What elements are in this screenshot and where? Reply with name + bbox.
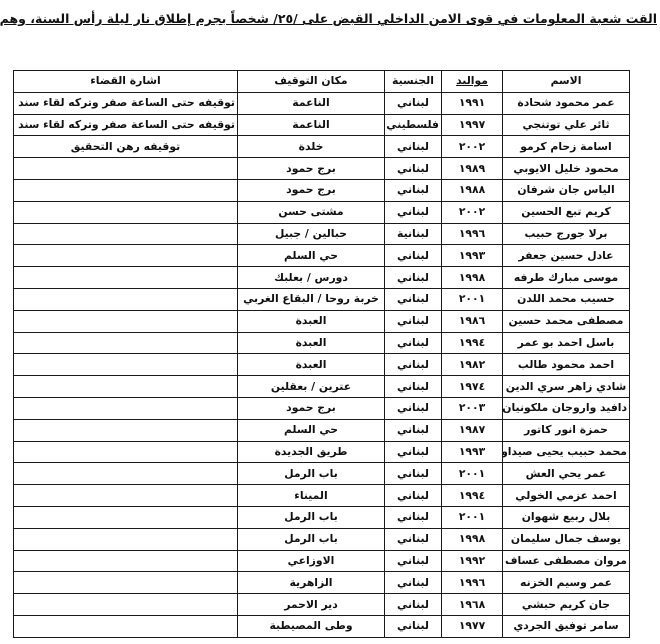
cell-judicial-reference bbox=[14, 288, 238, 310]
cell-judicial-reference: توقيفه حتى الساعة صفر وتركه لقاء سند اقا… bbox=[14, 114, 238, 136]
table-row: دافيد واروجان ملكونيان ٢٠٠٣ لبناني برج ح… bbox=[14, 397, 630, 419]
cell-judicial-reference bbox=[14, 485, 238, 507]
cell-judicial-reference bbox=[14, 594, 238, 616]
cell-nationality: لبناني bbox=[385, 310, 442, 332]
cell-arrest-location: الميناء bbox=[238, 485, 385, 507]
cell-birth-year: ١٩٨٢ bbox=[442, 354, 503, 376]
table-row: حمزة انور كاتور ١٩٨٧ لبناني حي السلم bbox=[14, 419, 630, 441]
cell-arrest-location: باب الرمل bbox=[238, 528, 385, 550]
header-nationality: الجنسية bbox=[385, 71, 442, 93]
header-arrest-location: مكان التوقيف bbox=[238, 71, 385, 93]
cell-name: جان كريم حبشي bbox=[503, 594, 630, 616]
cell-judicial-reference bbox=[14, 419, 238, 441]
cell-judicial-reference bbox=[14, 223, 238, 245]
cell-arrest-location: برج حمود bbox=[238, 179, 385, 201]
cell-arrest-location: الزاهرية bbox=[238, 572, 385, 594]
cell-judicial-reference bbox=[14, 179, 238, 201]
table-row: سامر توفيق الجردي ١٩٧٧ لبناني وطى المصيط… bbox=[14, 615, 630, 637]
cell-nationality: لبناني bbox=[385, 506, 442, 528]
document-title: القت شعبة المعلومات في قوى الامن الداخلي… bbox=[60, 11, 657, 26]
cell-arrest-location: دورس / بعلبك bbox=[238, 267, 385, 289]
cell-arrest-location: خلدة bbox=[238, 136, 385, 158]
cell-nationality: لبناني bbox=[385, 158, 442, 180]
cell-arrest-location: العبدة bbox=[238, 354, 385, 376]
table-row: مصطفى محمد حسين ١٩٨٦ لبناني العبدة bbox=[14, 310, 630, 332]
table-row: حسيب محمد اللدن ٢٠٠١ لبناني خربة روحا / … bbox=[14, 288, 630, 310]
cell-name: احمد محمود طالب bbox=[503, 354, 630, 376]
cell-arrest-location: الناعمة bbox=[238, 92, 385, 114]
table-row: ثائر علي توتنجي ١٩٩٧ فلسطيني الناعمة توق… bbox=[14, 114, 630, 136]
cell-nationality: لبناني bbox=[385, 615, 442, 637]
table-row: محمود خليل الايوبي ١٩٨٩ لبناني برج حمود bbox=[14, 158, 630, 180]
document-page: القت شعبة المعلومات في قوى الامن الداخلي… bbox=[0, 0, 660, 644]
table-row: عادل حسين جعفر ١٩٩٣ لبناني حي السلم bbox=[14, 245, 630, 267]
table-row: عمر محمود شحادة ١٩٩١ لبناني الناعمة توقي… bbox=[14, 92, 630, 114]
cell-name: حسيب محمد اللدن bbox=[503, 288, 630, 310]
cell-birth-year: ١٩٩٣ bbox=[442, 245, 503, 267]
cell-birth-year: ٢٠٠١ bbox=[442, 463, 503, 485]
cell-judicial-reference bbox=[14, 550, 238, 572]
cell-birth-year: ٢٠٠٢ bbox=[442, 201, 503, 223]
cell-name: محمود خليل الايوبي bbox=[503, 158, 630, 180]
cell-judicial-reference bbox=[14, 376, 238, 398]
cell-nationality: لبناني bbox=[385, 419, 442, 441]
cell-birth-year: ١٩٩١ bbox=[442, 92, 503, 114]
cell-nationality: لبناني bbox=[385, 463, 442, 485]
cell-name: ثائر علي توتنجي bbox=[503, 114, 630, 136]
table-row: مروان مصطفى عساف ١٩٩٢ لبناني الاوزاعي bbox=[14, 550, 630, 572]
cell-nationality: لبناني bbox=[385, 179, 442, 201]
cell-nationality: لبناني bbox=[385, 267, 442, 289]
table-row: اسامة زحام كرمو ٢٠٠٢ لبناني خلدة توقيفه … bbox=[14, 136, 630, 158]
cell-judicial-reference bbox=[14, 158, 238, 180]
cell-name: الياس جان شرفان bbox=[503, 179, 630, 201]
cell-arrest-location: حي السلم bbox=[238, 419, 385, 441]
cell-arrest-location: الاوزاعي bbox=[238, 550, 385, 572]
cell-nationality: لبنانية bbox=[385, 223, 442, 245]
cell-arrest-location: خربة روحا / البقاع الغربي bbox=[238, 288, 385, 310]
cell-arrest-location: العبدة bbox=[238, 310, 385, 332]
cell-judicial-reference bbox=[14, 572, 238, 594]
cell-nationality: لبناني bbox=[385, 201, 442, 223]
cell-nationality: لبناني bbox=[385, 572, 442, 594]
table-row: يوسف جمال سليمان ١٩٩٨ لبناني باب الرمل bbox=[14, 528, 630, 550]
table-row: احمد عزمي الخولي ١٩٩٤ لبناني الميناء bbox=[14, 485, 630, 507]
cell-name: عمر يحي العش bbox=[503, 463, 630, 485]
cell-nationality: لبناني bbox=[385, 594, 442, 616]
cell-arrest-location: مشتى حسن bbox=[238, 201, 385, 223]
cell-judicial-reference: توقيفه حتى الساعة صفر وتركه لقاء سند اقا… bbox=[14, 92, 238, 114]
cell-name: يوسف جمال سليمان bbox=[503, 528, 630, 550]
cell-name: برلا جورج حبيب bbox=[503, 223, 630, 245]
cell-arrest-location: الناعمة bbox=[238, 114, 385, 136]
cell-birth-year: ١٩٧٤ bbox=[442, 376, 503, 398]
cell-birth-year: ١٩٨٩ bbox=[442, 158, 503, 180]
cell-birth-year: ١٩٩٣ bbox=[442, 441, 503, 463]
cell-nationality: لبناني bbox=[385, 550, 442, 572]
cell-nationality: لبناني bbox=[385, 441, 442, 463]
cell-judicial-reference: توقيفه رهن التحقيق bbox=[14, 136, 238, 158]
cell-arrest-location: باب الرمل bbox=[238, 506, 385, 528]
cell-name: محمد حبيب يحيى صيداوي bbox=[503, 441, 630, 463]
cell-birth-year: ٢٠٠٢ bbox=[442, 136, 503, 158]
cell-name: شادي زاهر سري الدين bbox=[503, 376, 630, 398]
cell-birth-year: ١٩٦٨ bbox=[442, 594, 503, 616]
cell-name: اسامة زحام كرمو bbox=[503, 136, 630, 158]
cell-birth-year: ١٩٩٨ bbox=[442, 267, 503, 289]
cell-arrest-location: العبدة bbox=[238, 332, 385, 354]
cell-judicial-reference bbox=[14, 201, 238, 223]
table-header-row: الاسم مواليد الجنسية مكان التوقيف اشارة … bbox=[14, 71, 630, 93]
cell-name: دافيد واروجان ملكونيان bbox=[503, 397, 630, 419]
cell-nationality: لبناني bbox=[385, 136, 442, 158]
cell-birth-year: ١٩٩٦ bbox=[442, 223, 503, 245]
arrests-table: الاسم مواليد الجنسية مكان التوقيف اشارة … bbox=[13, 70, 630, 638]
cell-name: احمد عزمي الخولي bbox=[503, 485, 630, 507]
cell-name: مصطفى محمد حسين bbox=[503, 310, 630, 332]
cell-nationality: لبناني bbox=[385, 397, 442, 419]
cell-nationality: لبناني bbox=[385, 245, 442, 267]
cell-name: بلال ربيع شهوان bbox=[503, 506, 630, 528]
cell-birth-year: ١٩٩٧ bbox=[442, 114, 503, 136]
cell-arrest-location: حي السلم bbox=[238, 245, 385, 267]
cell-birth-year: ١٩٩٢ bbox=[442, 550, 503, 572]
table-row: موسى مبارك طرفه ١٩٩٨ لبناني دورس / بعلبك bbox=[14, 267, 630, 289]
table-row: الياس جان شرفان ١٩٨٨ لبناني برج حمود bbox=[14, 179, 630, 201]
table-row: عمر وسيم الخزنه ١٩٩٦ لبناني الزاهرية bbox=[14, 572, 630, 594]
cell-nationality: لبناني bbox=[385, 354, 442, 376]
cell-judicial-reference bbox=[14, 528, 238, 550]
cell-arrest-location: وطى المصيطبة bbox=[238, 615, 385, 637]
table-row: كريم تبع الحسين ٢٠٠٢ لبناني مشتى حسن bbox=[14, 201, 630, 223]
cell-judicial-reference bbox=[14, 267, 238, 289]
cell-birth-year: ١٩٧٧ bbox=[442, 615, 503, 637]
cell-judicial-reference bbox=[14, 615, 238, 637]
cell-arrest-location: حبالين / جبيل bbox=[238, 223, 385, 245]
header-birth-year: مواليد bbox=[442, 71, 503, 93]
table-row: باسل احمد بو عمر ١٩٩٤ لبناني العبدة bbox=[14, 332, 630, 354]
cell-judicial-reference bbox=[14, 354, 238, 376]
cell-nationality: لبناني bbox=[385, 92, 442, 114]
cell-birth-year: ١٩٨٨ bbox=[442, 179, 503, 201]
cell-name: موسى مبارك طرفه bbox=[503, 267, 630, 289]
cell-judicial-reference bbox=[14, 441, 238, 463]
cell-judicial-reference bbox=[14, 332, 238, 354]
table-row: محمد حبيب يحيى صيداوي ١٩٩٣ لبناني طريق ا… bbox=[14, 441, 630, 463]
table-row: شادي زاهر سري الدين ١٩٧٤ لبناني عترين / … bbox=[14, 376, 630, 398]
cell-judicial-reference bbox=[14, 397, 238, 419]
cell-nationality: لبناني bbox=[385, 332, 442, 354]
cell-birth-year: ١٩٩٨ bbox=[442, 528, 503, 550]
cell-arrest-location: برج حمود bbox=[238, 158, 385, 180]
cell-name: عمر محمود شحادة bbox=[503, 92, 630, 114]
cell-nationality: لبناني bbox=[385, 376, 442, 398]
cell-nationality: لبناني bbox=[385, 485, 442, 507]
cell-birth-year: ١٩٩٤ bbox=[442, 485, 503, 507]
cell-name: كريم تبع الحسين bbox=[503, 201, 630, 223]
cell-arrest-location: دير الاحمر bbox=[238, 594, 385, 616]
cell-arrest-location: عترين / بعقلين bbox=[238, 376, 385, 398]
cell-arrest-location: طريق الجديدة bbox=[238, 441, 385, 463]
cell-birth-year: ٢٠٠٣ bbox=[442, 397, 503, 419]
cell-judicial-reference bbox=[14, 463, 238, 485]
cell-nationality: لبناني bbox=[385, 288, 442, 310]
table-row: عمر يحي العش ٢٠٠١ لبناني باب الرمل bbox=[14, 463, 630, 485]
cell-birth-year: ١٩٨٦ bbox=[442, 310, 503, 332]
cell-arrest-location: برج حمود bbox=[238, 397, 385, 419]
cell-judicial-reference bbox=[14, 310, 238, 332]
cell-arrest-location: باب الرمل bbox=[238, 463, 385, 485]
table-row: احمد محمود طالب ١٩٨٢ لبناني العبدة bbox=[14, 354, 630, 376]
cell-birth-year: ٢٠٠١ bbox=[442, 288, 503, 310]
header-name: الاسم bbox=[503, 71, 630, 93]
cell-birth-year: ١٩٩٤ bbox=[442, 332, 503, 354]
cell-birth-year: ٢٠٠١ bbox=[442, 506, 503, 528]
cell-birth-year: ١٩٨٧ bbox=[442, 419, 503, 441]
cell-name: مروان مصطفى عساف bbox=[503, 550, 630, 572]
cell-name: باسل احمد بو عمر bbox=[503, 332, 630, 354]
header-judicial-reference: اشارة القضاء bbox=[14, 71, 238, 93]
table-body: عمر محمود شحادة ١٩٩١ لبناني الناعمة توقي… bbox=[14, 92, 630, 637]
cell-name: حمزة انور كاتور bbox=[503, 419, 630, 441]
cell-nationality: فلسطيني bbox=[385, 114, 442, 136]
cell-judicial-reference bbox=[14, 245, 238, 267]
table-row: جان كريم حبشي ١٩٦٨ لبناني دير الاحمر bbox=[14, 594, 630, 616]
cell-nationality: لبناني bbox=[385, 528, 442, 550]
cell-judicial-reference bbox=[14, 506, 238, 528]
table-row: برلا جورج حبيب ١٩٩٦ لبنانية حبالين / جبي… bbox=[14, 223, 630, 245]
table-row: بلال ربيع شهوان ٢٠٠١ لبناني باب الرمل bbox=[14, 506, 630, 528]
cell-name: عمر وسيم الخزنه bbox=[503, 572, 630, 594]
cell-name: سامر توفيق الجردي bbox=[503, 615, 630, 637]
cell-name: عادل حسين جعفر bbox=[503, 245, 630, 267]
cell-birth-year: ١٩٩٦ bbox=[442, 572, 503, 594]
